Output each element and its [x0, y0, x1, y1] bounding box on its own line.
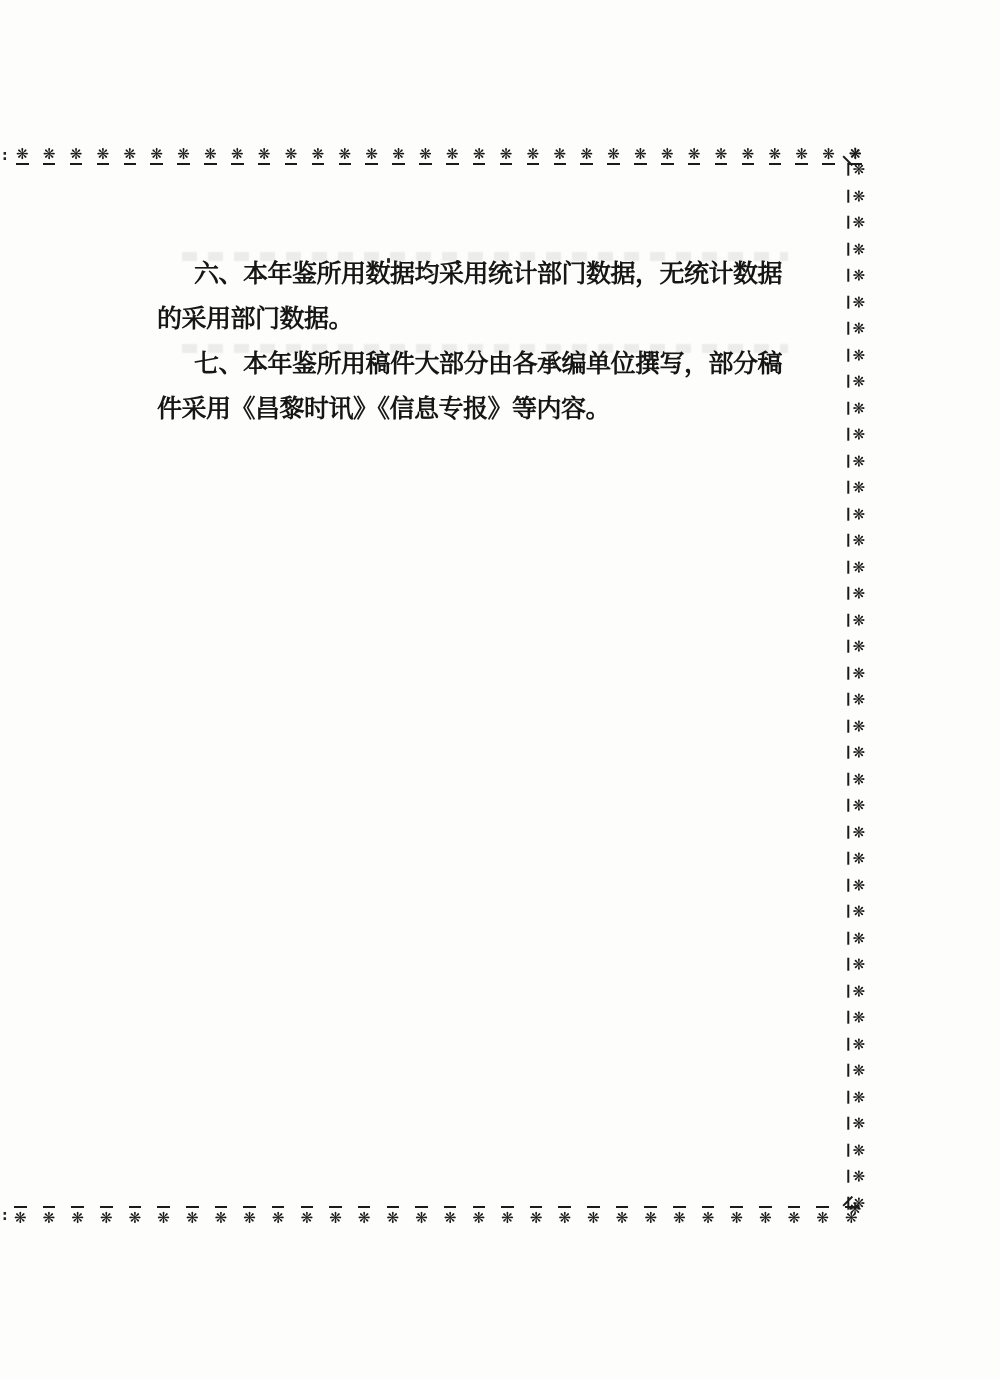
floral-ornament-icon: ❋	[558, 1206, 571, 1224]
floral-ornament-icon: ❋	[759, 1206, 772, 1224]
floral-ornament-icon: ❋	[847, 1011, 865, 1024]
floral-ornament-icon: ❋	[157, 1206, 170, 1224]
floral-ornament-icon: ❋	[847, 719, 865, 732]
floral-ornament-icon: ❋	[272, 1206, 285, 1224]
floral-ornament-icon: ❋	[530, 1206, 543, 1224]
floral-ornament-icon: ❋	[847, 507, 865, 520]
scanned-document-page: : ❋❋❋❋❋❋❋❋❋❋❋❋❋❋❋❋❋❋❋❋❋❋❋❋❋❋❋❋❋❋❋❋ ❋ ❋❋❋…	[0, 0, 1000, 1380]
floral-ornament-icon: ❋	[150, 147, 163, 165]
floral-ornament-icon: ❋	[847, 587, 865, 600]
floral-ornament-icon: ❋	[702, 1206, 715, 1224]
floral-ornament-icon: ❋	[847, 825, 865, 838]
floral-ornament-icon: ❋	[419, 147, 432, 165]
ornament-border-top: ❋❋❋❋❋❋❋❋❋❋❋❋❋❋❋❋❋❋❋❋❋❋❋❋❋❋❋❋❋❋❋❋	[16, 147, 862, 165]
floral-ornament-icon: ❋	[847, 481, 865, 494]
floral-ornament-icon: ❋	[607, 147, 620, 165]
floral-ornament-icon: ❋	[847, 772, 865, 785]
floral-ornament-icon: ❋	[16, 147, 29, 165]
floral-ornament-icon: ❋	[847, 401, 865, 414]
floral-ornament-icon: ❋	[847, 216, 865, 229]
floral-ornament-icon: ❋	[847, 1117, 865, 1130]
floral-ornament-icon: ❋	[847, 878, 865, 891]
floral-ornament-icon: ❋	[527, 147, 540, 165]
floral-ornament-icon: ❋	[847, 1170, 865, 1183]
floral-ornament-icon: ❋	[554, 147, 567, 165]
floral-ornament-icon: ❋	[473, 147, 486, 165]
floral-ornament-icon: ❋	[847, 799, 865, 812]
floral-ornament-icon: ❋	[580, 147, 593, 165]
floral-ornament-icon: ❋	[847, 1143, 865, 1156]
floral-ornament-icon: ❋	[847, 454, 865, 467]
floral-ornament-icon: ❋	[70, 147, 83, 165]
floral-ornament-icon: ❋	[847, 984, 865, 997]
floral-ornament-icon: ❋	[387, 1206, 400, 1224]
text-line: 件采用《昌黎时讯》《信息专报》等内容。	[157, 386, 822, 431]
floral-ornament-icon: ❋	[847, 295, 865, 308]
floral-ornament-icon: ❋	[365, 147, 378, 165]
floral-ornament-icon: ❋	[43, 147, 56, 165]
floral-ornament-icon: ❋	[177, 147, 190, 165]
floral-ornament-icon: ❋	[847, 1064, 865, 1077]
floral-ornament-icon: ❋	[847, 348, 865, 361]
floral-ornament-icon: ❋	[43, 1206, 56, 1224]
floral-ornament-icon: ❋	[688, 147, 701, 165]
floral-ornament-icon: ❋	[285, 147, 298, 165]
floral-ornament-icon: ❋	[847, 242, 865, 255]
floral-ornament-icon: ❋	[715, 147, 728, 165]
floral-ornament-icon: ❋	[845, 1206, 858, 1224]
floral-ornament-icon: ❋	[847, 640, 865, 653]
floral-ornament-icon: ❋	[847, 693, 865, 706]
floral-ornament-icon: ❋	[847, 428, 865, 441]
floral-ornament-icon: ❋	[500, 147, 513, 165]
floral-ornament-icon: ❋	[822, 147, 835, 165]
floral-ornament-icon: ❋	[444, 1206, 457, 1224]
floral-ornament-icon: ❋	[71, 1206, 84, 1224]
body-text: 六、本年鉴所用数据均采用统计部门数据，无统计数据 的采用部门数据。 七、本年鉴所…	[157, 251, 822, 431]
floral-ornament-icon: ❋	[847, 534, 865, 547]
floral-ornament-icon: ❋	[847, 269, 865, 282]
floral-ornament-icon: ❋	[339, 147, 352, 165]
border-edge-mark: :	[2, 148, 8, 164]
floral-ornament-icon: ❋	[301, 1206, 314, 1224]
floral-ornament-icon: ❋	[847, 375, 865, 388]
floral-ornament-icon: ❋	[258, 147, 271, 165]
floral-ornament-icon: ❋	[847, 322, 865, 335]
ornament-border-right: ❋❋❋❋❋❋❋❋❋❋❋❋❋❋❋❋❋❋❋❋❋❋❋❋❋❋❋❋❋❋❋❋❋❋❋❋❋❋❋❋	[845, 160, 867, 1212]
text-line: 七、本年鉴所用稿件大部分由各承编单位撰写，部分稿	[157, 341, 822, 386]
floral-ornament-icon: ❋	[124, 147, 137, 165]
floral-ornament-icon: ❋	[501, 1206, 514, 1224]
border-edge-mark: :	[2, 1208, 8, 1224]
text-line: 六、本年鉴所用数据均采用统计部门数据，无统计数据	[157, 251, 822, 296]
floral-ornament-icon: ❋	[312, 147, 325, 165]
floral-ornament-icon: ❋	[587, 1206, 600, 1224]
floral-ornament-icon: ❋	[329, 1206, 342, 1224]
floral-ornament-icon: ❋	[446, 147, 459, 165]
floral-ornament-icon: ❋	[847, 958, 865, 971]
floral-ornament-icon: ❋	[634, 147, 647, 165]
floral-ornament-icon: ❋	[847, 163, 865, 176]
floral-ornament-icon: ❋	[644, 1206, 657, 1224]
ornament-border-bottom: ❋❋❋❋❋❋❋❋❋❋❋❋❋❋❋❋❋❋❋❋❋❋❋❋❋❋❋❋❋❋	[14, 1206, 858, 1224]
floral-ornament-icon: ❋	[661, 147, 674, 165]
floral-ornament-icon: ❋	[847, 1037, 865, 1050]
floral-ornament-icon: ❋	[392, 147, 405, 165]
text-line: 的采用部门数据。	[157, 296, 822, 341]
floral-ornament-icon: ❋	[14, 1206, 27, 1224]
floral-ornament-icon: ❋	[816, 1206, 829, 1224]
floral-ornament-icon: ❋	[847, 905, 865, 918]
floral-ornament-icon: ❋	[847, 189, 865, 202]
floral-ornament-icon: ❋	[186, 1206, 199, 1224]
floral-ornament-icon: ❋	[231, 147, 244, 165]
floral-ornament-icon: ❋	[358, 1206, 371, 1224]
floral-ornament-icon: ❋	[847, 560, 865, 573]
floral-ornament-icon: ❋	[100, 1206, 113, 1224]
floral-ornament-icon: ❋	[730, 1206, 743, 1224]
floral-ornament-icon: ❋	[616, 1206, 629, 1224]
floral-ornament-icon: ❋	[204, 147, 217, 165]
floral-ornament-icon: ❋	[847, 1090, 865, 1103]
floral-ornament-icon: ❋	[97, 147, 110, 165]
floral-ornament-icon: ❋	[473, 1206, 486, 1224]
floral-ornament-icon: ❋	[215, 1206, 228, 1224]
floral-ornament-icon: ❋	[847, 666, 865, 679]
floral-ornament-icon: ❋	[847, 746, 865, 759]
floral-ornament-icon: ❋	[742, 147, 755, 165]
floral-ornament-icon: ❋	[847, 613, 865, 626]
floral-ornament-icon: ❋	[847, 852, 865, 865]
floral-ornament-icon: ❋	[769, 147, 782, 165]
floral-ornament-icon: ❋	[788, 1206, 801, 1224]
floral-ornament-icon: ❋	[847, 931, 865, 944]
floral-ornament-icon: ❋	[243, 1206, 256, 1224]
floral-ornament-icon: ❋	[415, 1206, 428, 1224]
floral-ornament-icon: ❋	[673, 1206, 686, 1224]
floral-ornament-icon: ❋	[129, 1206, 142, 1224]
floral-ornament-icon: ❋	[795, 147, 808, 165]
